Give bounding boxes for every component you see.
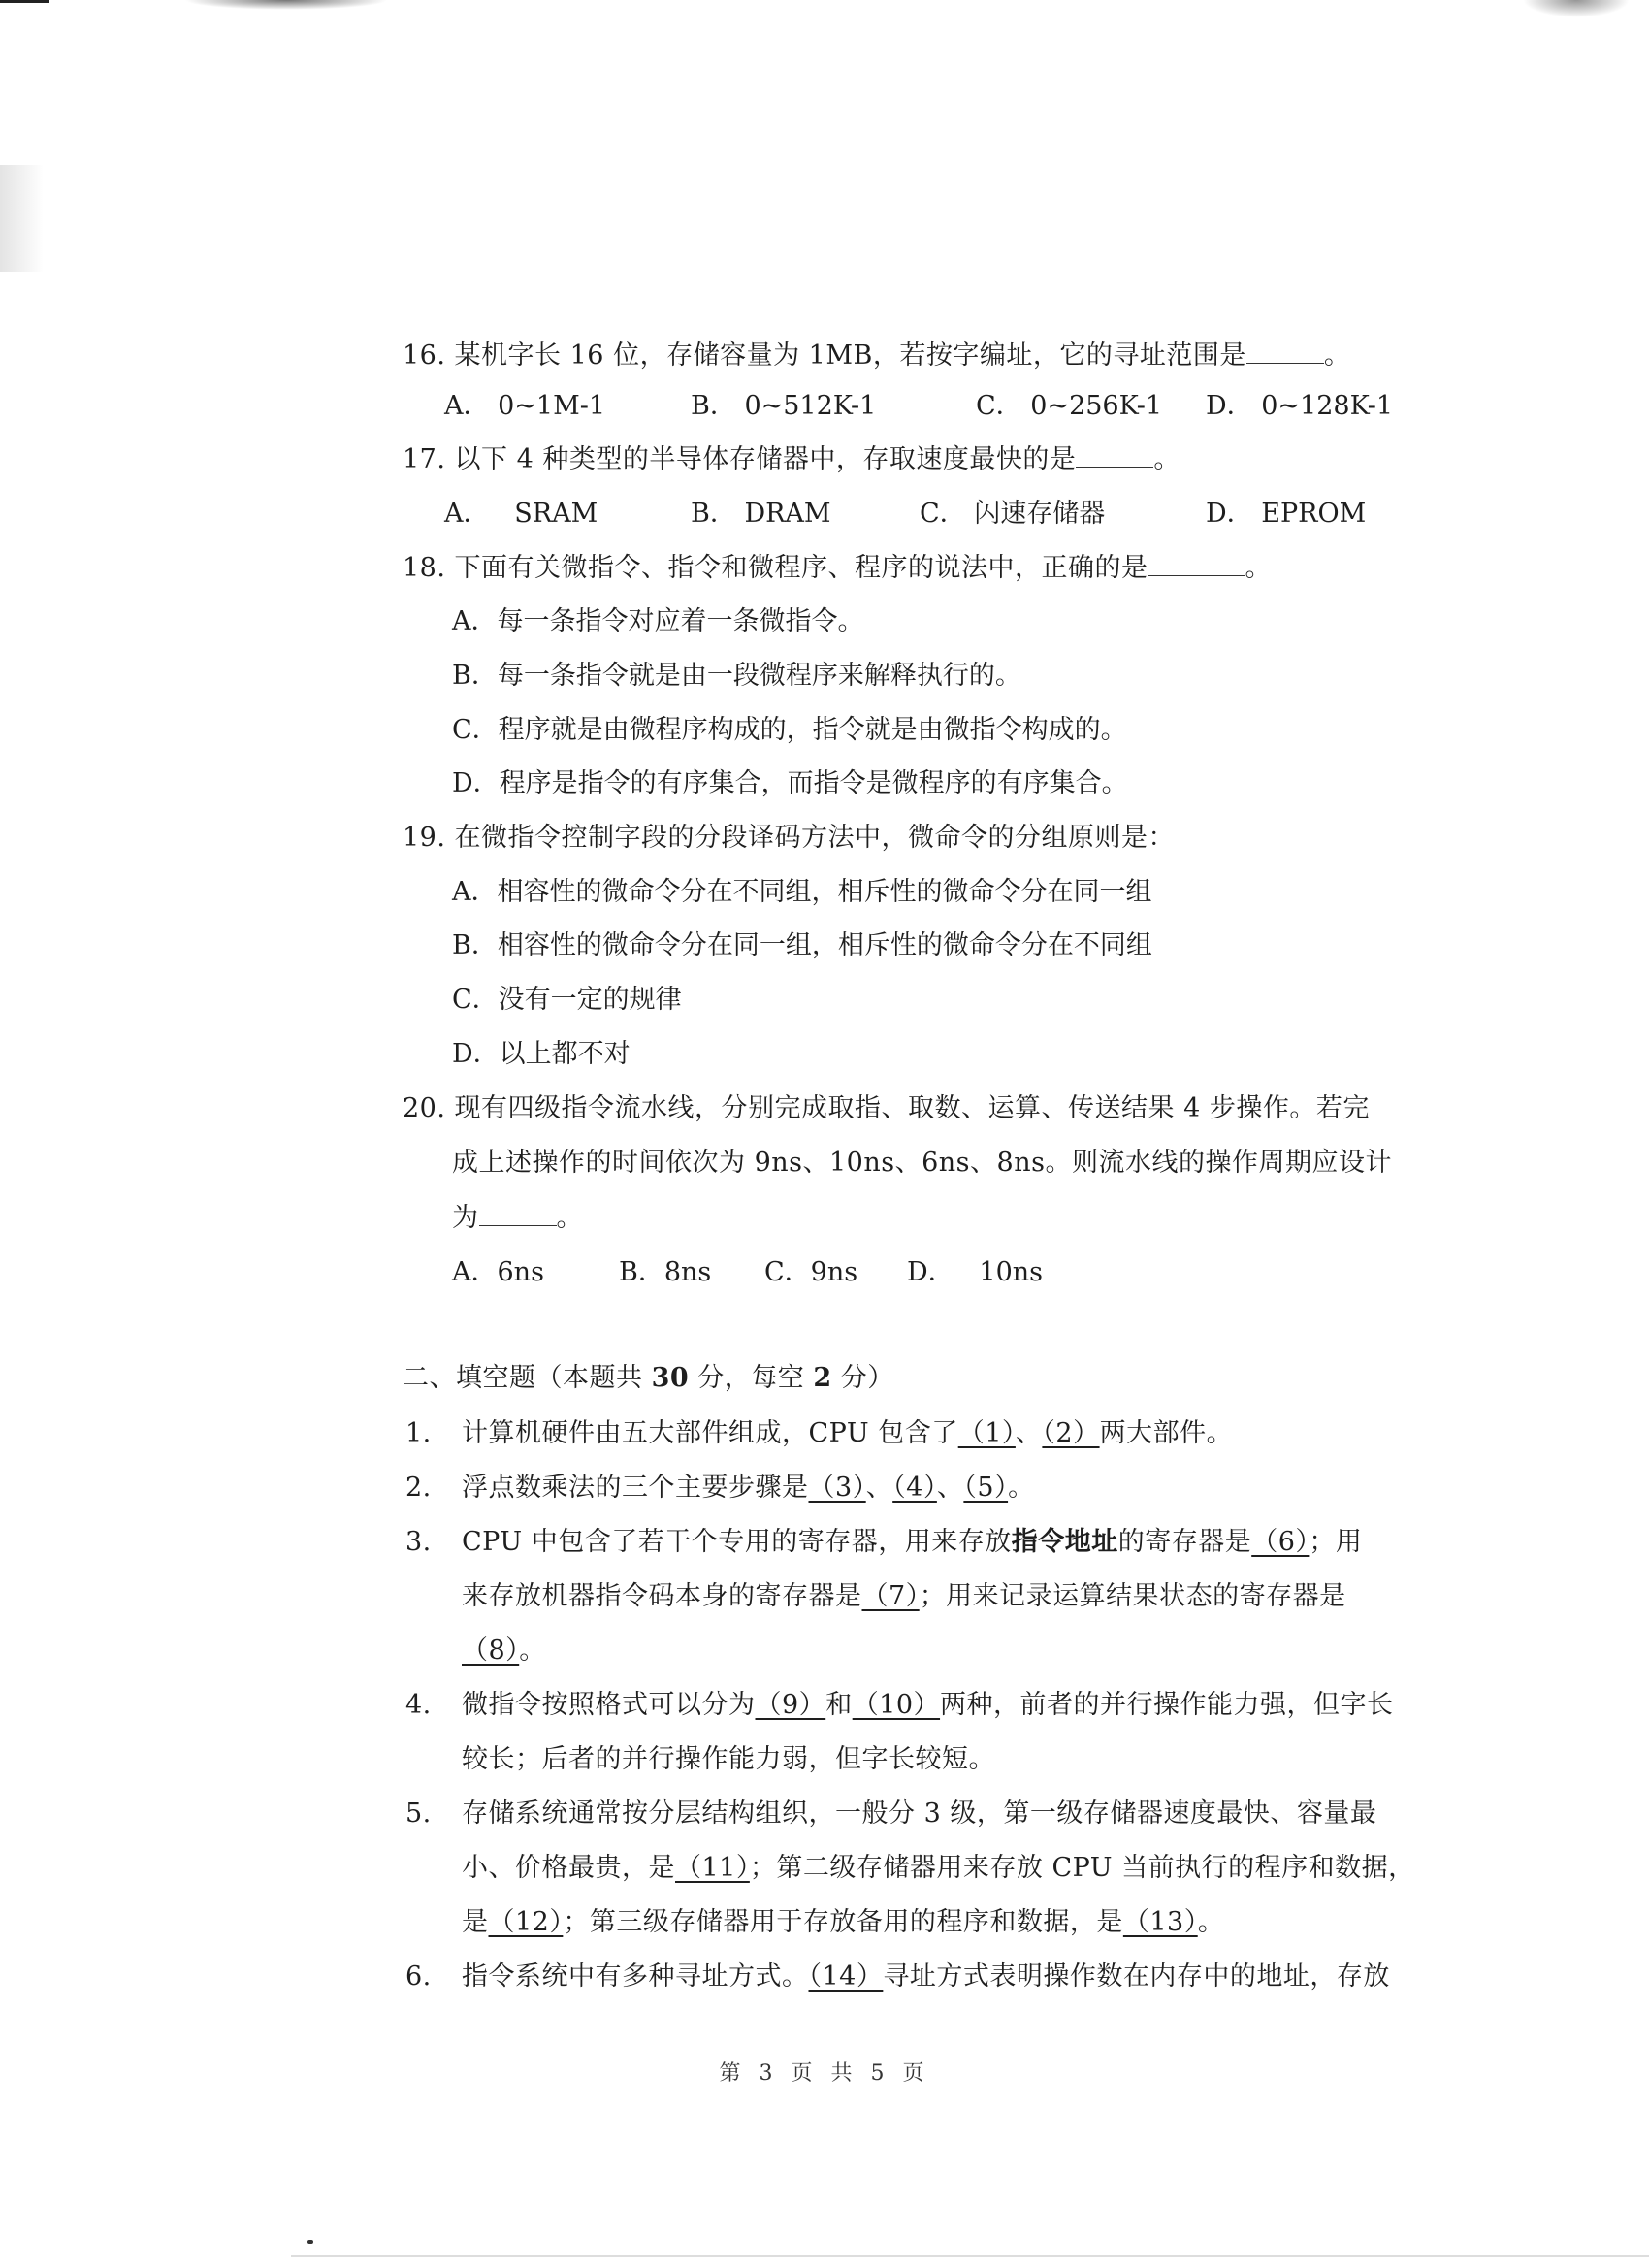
item-text: ；用: [1309, 1527, 1362, 1557]
fill-item-5: 5.存储系统通常按分层结构组织，一般分 3 级，第一级存储器速度最快、容量最: [405, 1797, 1376, 1831]
fill-item-3-line-3: （8）。: [462, 1634, 546, 1669]
title-text: 二、填空题（本题共: [403, 1363, 652, 1393]
option-text: 0~512K-1: [744, 391, 876, 421]
question-stem: 某机字长 16 位，存储容量为 1MB，若按字编址，它的寻址范围是: [455, 340, 1246, 371]
option-label: D．: [452, 768, 500, 798]
item-number: 1.: [405, 1416, 462, 1451]
blank-marker: （11）: [675, 1853, 750, 1883]
fill-item-3-line-2: 来存放机器指令码本身的寄存器是（7）；用来记录运算结果状态的寄存器是: [462, 1579, 1346, 1614]
option-label: D．: [1206, 499, 1253, 529]
stem-text: 为: [452, 1203, 479, 1233]
item-number: 3.: [405, 1525, 462, 1560]
blank-marker: （12）: [489, 1907, 564, 1937]
option-d: D． EPROM: [1206, 497, 1366, 532]
item-text: 。: [519, 1636, 546, 1666]
option-label: B．: [619, 1257, 664, 1287]
item-text: CPU 中包含了若干个专用的寄存器，用来存放: [462, 1527, 1012, 1557]
item-number: 6.: [405, 1960, 462, 1994]
option-text: EPROM: [1261, 499, 1366, 529]
option-a: A． 0~1M-1: [444, 389, 605, 424]
option-d: D．以上都不对: [452, 1037, 630, 1072]
question-number: 20.: [403, 1093, 445, 1123]
blank-marker: （4）: [892, 1473, 937, 1503]
question-stem: 以下 4 种类型的半导体存储器中，存取速度最快的是: [455, 444, 1077, 474]
option-b: B．相容性的微命令分在同一组，相斥性的微命令分在不同组: [452, 928, 1152, 963]
question-stem-line: 成上述操作的时间依次为 9ns、10ns、6ns、8ns。则流水线的操作周期应设…: [452, 1146, 1392, 1181]
blank-marker: （3）: [809, 1473, 866, 1503]
option-label: A．: [444, 499, 490, 529]
total-score: 30: [652, 1363, 690, 1393]
question-stem: 在微指令控制字段的分段译码方法中，微命令的分组原则是：: [455, 823, 1176, 853]
question-17: 17. 以下 4 种类型的半导体存储器中，存取速度最快的是。: [403, 441, 1180, 477]
option-text: 没有一定的规律: [499, 985, 682, 1015]
answer-blank: [1246, 338, 1324, 364]
section-title: 二、填空题（本题共 30 分，每空 2 分）: [403, 1361, 894, 1396]
blank-marker: （2）: [1042, 1418, 1099, 1448]
item-text: 来存放机器指令码本身的寄存器是: [462, 1581, 862, 1611]
option-c: C．9ns: [764, 1255, 857, 1290]
fill-item-4-line-2: 较长；后者的并行操作能力弱，但字长较短。: [462, 1742, 995, 1777]
emphasis-text: 指令地址: [1012, 1527, 1118, 1557]
question-number: 17.: [403, 444, 445, 474]
item-text: ；第二级存储器用来存放 CPU 当前执行的程序和数据，: [750, 1853, 1415, 1883]
option-text: 相容性的微命令分在同一组，相斥性的微命令分在不同组: [498, 930, 1152, 960]
option-a: A． SRAM: [444, 497, 598, 532]
option-a: A．6ns: [452, 1255, 544, 1290]
option-c: C．程序就是由微程序构成的，指令就是由微指令构成的。: [452, 713, 1127, 748]
item-text: 和: [825, 1690, 853, 1720]
page-footer: 第 3 页 共 5 页: [0, 2057, 1649, 2087]
item-text: 两种，前者的并行操作能力强，但字长: [940, 1690, 1394, 1720]
item-text: 。: [1008, 1473, 1035, 1503]
question-number: 19.: [403, 823, 445, 853]
option-text: 每一条指令就是由一段微程序来解释执行的。: [498, 661, 1021, 691]
title-text: 分，每空: [689, 1363, 813, 1393]
option-b: B． 0~512K-1: [691, 389, 876, 424]
option-text: 程序是指令的有序集合，而指令是微程序的有序集合。: [500, 768, 1128, 798]
punctuation: 。: [557, 1203, 584, 1233]
blank-marker: （9）: [756, 1690, 826, 1720]
fill-item-5-line-2: 小、价格最贵，是（11）；第二级存储器用来存放 CPU 当前执行的程序和数据，: [462, 1851, 1415, 1886]
scan-shadow: [1523, 0, 1630, 17]
option-text: 程序就是由微程序构成的，指令就是由微指令构成的。: [499, 715, 1127, 745]
option-label: A．: [452, 606, 498, 636]
scan-speck: [307, 2240, 313, 2244]
option-label: A．: [452, 877, 498, 907]
option-b: B．每一条指令就是由一段微程序来解释执行的。: [452, 659, 1021, 694]
punctuation: 。: [1245, 553, 1273, 583]
blank-marker: （13）: [1123, 1907, 1198, 1937]
answer-blank: [479, 1200, 557, 1226]
option-text: 6ns: [498, 1257, 544, 1287]
option-text: 9ns: [811, 1257, 857, 1287]
item-text: ；第三级存储器用于存放备用的程序和数据，是: [563, 1907, 1123, 1937]
option-text: 0~1M-1: [498, 391, 605, 421]
option-a: A．每一条指令对应着一条微指令。: [452, 604, 864, 639]
item-text: 计算机硬件由五大部件组成，CPU 包含了: [462, 1418, 958, 1448]
option-label: C．: [920, 499, 966, 529]
option-label: B．: [452, 661, 498, 691]
item-text: ；用来记录运算结果状态的寄存器是: [920, 1581, 1346, 1611]
scan-edge-mark: [0, 0, 48, 3]
option-label: D．: [452, 1039, 500, 1069]
option-text: 0~256K-1: [1030, 391, 1162, 421]
question-number: 16.: [403, 340, 445, 371]
option-label: C．: [764, 1257, 811, 1287]
question-stem: 下面有关微指令、指令和微程序、程序的说法中，正确的是: [455, 553, 1148, 583]
option-label: D．: [1206, 391, 1253, 421]
option-text: 相容性的微命令分在不同组，相斥性的微命令分在同一组: [498, 877, 1152, 907]
option-c: C．没有一定的规律: [452, 983, 682, 1018]
option-label: A．: [452, 1257, 498, 1287]
option-text: 每一条指令对应着一条微指令。: [498, 606, 864, 636]
option-label: C．: [452, 985, 499, 1015]
blank-marker: （14）: [809, 1961, 884, 1992]
item-text: 的寄存器是: [1118, 1527, 1252, 1557]
option-a: A．相容性的微命令分在不同组，相斥性的微命令分在同一组: [452, 875, 1152, 910]
fill-item-1: 1.计算机硬件由五大部件组成，CPU 包含了（1）、（2）两大部件。: [405, 1416, 1233, 1451]
option-text: 0~128K-1: [1261, 391, 1393, 421]
question-stem-line: 现有四级指令流水线，分别完成取指、取数、运算、传送结果 4 步操作。若完: [455, 1093, 1370, 1123]
item-text: 两大部件。: [1100, 1418, 1234, 1448]
fill-item-6: 6.指令系统中有多种寻址方式。（14）寻址方式表明操作数在内存中的地址，存放: [405, 1960, 1390, 1994]
option-label: B．: [452, 930, 498, 960]
option-text: 以上都不对: [500, 1039, 630, 1069]
option-label: C．: [976, 391, 1022, 421]
item-text: 、: [1016, 1418, 1043, 1448]
question-16: 16. 某机字长 16 位，存储容量为 1MB，若按字编址，它的寻址范围是。: [403, 338, 1350, 373]
option-text: 10ns: [979, 1257, 1043, 1287]
fill-item-2: 2.浮点数乘法的三个主要步骤是（3）、（4）、（5）。: [405, 1471, 1035, 1506]
option-label: C．: [452, 715, 499, 745]
option-text: 闪速存储器: [974, 499, 1105, 529]
option-label: A．: [444, 391, 490, 421]
fill-item-5-line-3: 是（12）；第三级存储器用于存放备用的程序和数据，是（13）。: [462, 1905, 1224, 1940]
item-text: 浮点数乘法的三个主要步骤是: [462, 1473, 809, 1503]
blank-marker: （5）: [963, 1473, 1008, 1503]
question-20: 20. 现有四级指令流水线，分别完成取指、取数、运算、传送结果 4 步操作。若完: [403, 1091, 1370, 1126]
item-number: 5.: [405, 1797, 462, 1831]
option-label: B．: [691, 391, 736, 421]
item-number: 4.: [405, 1688, 462, 1723]
item-text: 寻址方式表明操作数在内存中的地址，存放: [883, 1961, 1390, 1992]
item-text: 是: [462, 1907, 489, 1937]
option-c: C． 闪速存储器: [920, 497, 1105, 532]
punctuation: 。: [1153, 444, 1180, 474]
option-text: SRAM: [514, 499, 598, 529]
scan-shadow: [0, 165, 44, 272]
title-text: 分）: [832, 1363, 894, 1393]
option-d: D． 0~128K-1: [1206, 389, 1393, 424]
punctuation: 。: [1324, 340, 1351, 371]
scan-edge-line: [291, 2255, 1649, 2257]
question-number: 18.: [403, 553, 445, 583]
blank-marker: （8）: [462, 1636, 519, 1666]
item-text: 小、价格最贵，是: [462, 1853, 675, 1883]
blank-marker: （1）: [958, 1418, 1016, 1448]
scan-shadow: [184, 0, 388, 10]
option-c: C． 0~256K-1: [976, 389, 1162, 424]
item-text: 、: [937, 1473, 964, 1503]
answer-blank: [1148, 550, 1245, 576]
per-blank-score: 2: [813, 1363, 831, 1393]
option-b: B．8ns: [619, 1255, 711, 1290]
answer-blank: [1076, 441, 1153, 468]
fill-item-4: 4.微指令按照格式可以分为（9）和（10）两种，前者的并行操作能力强，但字长: [405, 1688, 1394, 1723]
blank-marker: （10）: [853, 1690, 940, 1720]
option-d: D． 10ns: [907, 1255, 1043, 1290]
question-19: 19. 在微指令控制字段的分段译码方法中，微命令的分组原则是：: [403, 821, 1175, 856]
item-text: 微指令按照格式可以分为: [462, 1690, 756, 1720]
option-d: D．程序是指令的有序集合，而指令是微程序的有序集合。: [452, 766, 1128, 801]
option-label: D．: [907, 1257, 954, 1287]
item-number: 2.: [405, 1471, 462, 1506]
option-label: B．: [691, 499, 736, 529]
question-18: 18. 下面有关微指令、指令和微程序、程序的说法中，正确的是。: [403, 550, 1272, 586]
option-text: 8ns: [664, 1257, 711, 1287]
item-text: 存储系统通常按分层结构组织，一般分 3 级，第一级存储器速度最快、容量最: [462, 1798, 1376, 1829]
item-text: 。: [1198, 1907, 1225, 1937]
blank-marker: （6）: [1251, 1527, 1309, 1557]
option-text: DRAM: [744, 499, 830, 529]
question-stem-line: 为。: [452, 1200, 583, 1236]
blank-marker: （7）: [862, 1581, 920, 1611]
fill-item-3: 3.CPU 中包含了若干个专用的寄存器，用来存放指令地址的寄存器是（6）；用: [405, 1525, 1362, 1560]
item-text: 、: [866, 1473, 893, 1503]
item-text: 指令系统中有多种寻址方式。: [462, 1961, 809, 1992]
option-b: B． DRAM: [691, 497, 831, 532]
